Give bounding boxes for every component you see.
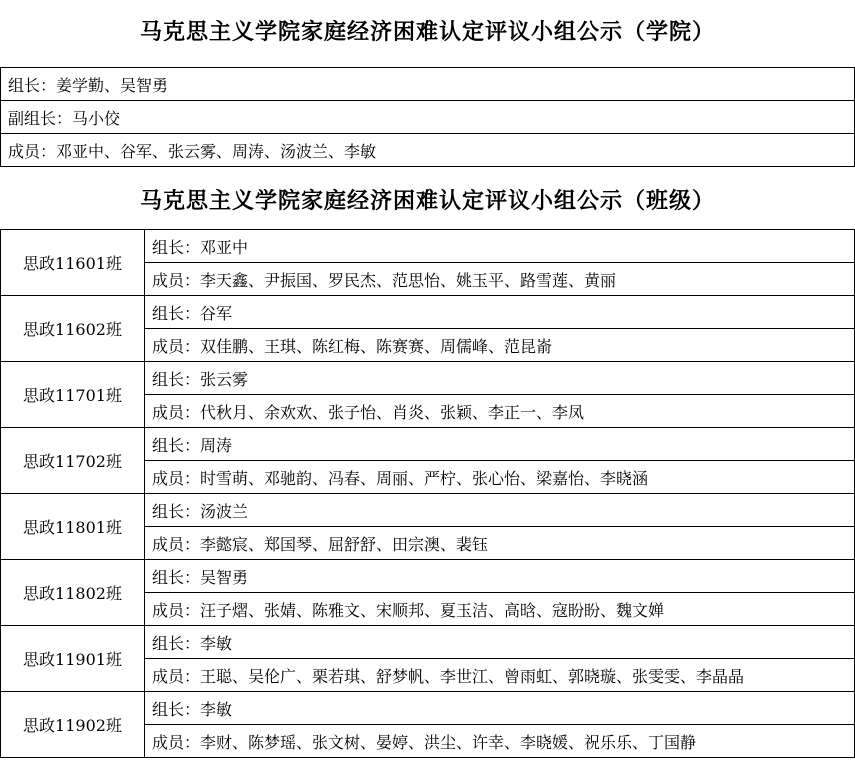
colon-separator: ：	[184, 634, 200, 653]
class-leader-cell: 组长：谷军	[145, 296, 855, 329]
class-leader-cell: 组长：邓亚中	[145, 230, 855, 263]
leader-name: 周涛	[200, 436, 232, 455]
colon-separator: ：	[184, 535, 200, 554]
table-row: 思政11601班 组长：邓亚中	[1, 230, 855, 263]
table-row: 组长：姜学勤、吴智勇	[1, 68, 855, 101]
class-members-cell: 成员：王聪、吴伦广、栗若琪、舒梦帆、李世江、曾雨虹、郭晓璇、张雯雯、李晶晶	[145, 659, 855, 692]
colon-separator: ：	[184, 370, 200, 389]
colon-separator: ：	[184, 337, 200, 356]
class-committee-table: 思政11601班 组长：邓亚中 成员：李天鑫、尹振国、罗民杰、范思怡、姚玉平、路…	[0, 229, 855, 758]
college-deputy-leader-cell: 副组长：马小佼	[1, 101, 855, 134]
role-names: 邓亚中、谷军、张云雾、周涛、汤波兰、李敏	[56, 142, 376, 161]
class-name: 思政11602班	[1, 296, 145, 362]
college-leader-cell: 组长：姜学勤、吴智勇	[1, 68, 855, 101]
role-label: 组长	[8, 76, 40, 95]
college-section-title: 马克思主义学院家庭经济困难认定评议小组公示（学院）	[0, 0, 855, 47]
colon-separator: ：	[184, 502, 200, 521]
class-members-cell: 成员：李天鑫、尹振国、罗民杰、范思怡、姚玉平、路雪莲、黄丽	[145, 263, 855, 296]
class-leader-cell: 组长：吴智勇	[145, 560, 855, 593]
colon-separator: ：	[184, 667, 200, 686]
member-names: 双佳鹏、王琪、陈红梅、陈赛赛、周儒峰、范昆嵛	[200, 337, 552, 356]
role-names: 姜学勤、吴智勇	[56, 76, 168, 95]
class-leader-cell: 组长：周涛	[145, 428, 855, 461]
member-names: 王聪、吴伦广、栗若琪、舒梦帆、李世江、曾雨虹、郭晓璇、张雯雯、李晶晶	[200, 667, 744, 686]
members-label: 成员	[152, 403, 184, 422]
table-row: 思政11701班 组长：张云雾	[1, 362, 855, 395]
college-committee-table: 组长：姜学勤、吴智勇 副组长：马小佼 成员：邓亚中、谷军、张云雾、周涛、汤波兰、…	[0, 67, 855, 167]
leader-name: 吴智勇	[200, 568, 248, 587]
leader-label: 组长	[152, 568, 184, 587]
class-members-cell: 成员：李财、陈梦瑶、张文树、晏婷、洪尘、许幸、李晓媛、祝乐乐、丁国静	[145, 725, 855, 758]
leader-name: 汤波兰	[200, 502, 248, 521]
class-members-cell: 成员：汪子熠、张婧、陈雅文、宋顺邦、夏玉洁、高晗、寇盼盼、魏文婵	[145, 593, 855, 626]
leader-name: 李敏	[200, 700, 232, 719]
leader-label: 组长	[152, 700, 184, 719]
member-names: 李懿宸、郑国琴、屈舒舒、田宗澳、裴钰	[200, 535, 488, 554]
table-row: 副组长：马小佼	[1, 101, 855, 134]
class-name: 思政11801班	[1, 494, 145, 560]
leader-name: 邓亚中	[200, 238, 248, 257]
class-name: 思政11802班	[1, 560, 145, 626]
colon-separator: ：	[184, 469, 200, 488]
leader-name: 张云雾	[200, 370, 248, 389]
class-leader-cell: 组长：李敏	[145, 626, 855, 659]
colon-separator: ：	[184, 403, 200, 422]
colon-separator: ：	[184, 304, 200, 323]
member-names: 代秋月、余欢欢、张子怡、肖炎、张颖、李正一、李凤	[200, 403, 584, 422]
class-leader-cell: 组长：张云雾	[145, 362, 855, 395]
colon-separator: ：	[184, 601, 200, 620]
leader-name: 谷军	[200, 304, 232, 323]
colon-separator: ：	[184, 568, 200, 587]
class-section-title: 马克思主义学院家庭经济困难认定评议小组公示（班级）	[0, 167, 855, 216]
class-leader-cell: 组长：李敏	[145, 692, 855, 725]
leader-label: 组长	[152, 634, 184, 653]
class-name: 思政11601班	[1, 230, 145, 296]
class-members-cell: 成员：双佳鹏、王琪、陈红梅、陈赛赛、周儒峰、范昆嵛	[145, 329, 855, 362]
members-label: 成员	[152, 271, 184, 290]
class-members-cell: 成员：时雪萌、邓驰韵、冯春、周丽、严柠、张心怡、梁嘉怡、李晓涵	[145, 461, 855, 494]
table-row: 成员：邓亚中、谷军、张云雾、周涛、汤波兰、李敏	[1, 134, 855, 167]
member-names: 汪子熠、张婧、陈雅文、宋顺邦、夏玉洁、高晗、寇盼盼、魏文婵	[200, 601, 664, 620]
leader-label: 组长	[152, 304, 184, 323]
members-label: 成员	[152, 469, 184, 488]
role-label: 成员	[8, 142, 40, 161]
table-row: 思政11901班 组长：李敏	[1, 626, 855, 659]
member-names: 李财、陈梦瑶、张文树、晏婷、洪尘、许幸、李晓媛、祝乐乐、丁国静	[200, 733, 696, 752]
leader-label: 组长	[152, 436, 184, 455]
member-names: 时雪萌、邓驰韵、冯春、周丽、严柠、张心怡、梁嘉怡、李晓涵	[200, 469, 648, 488]
college-members-cell: 成员：邓亚中、谷军、张云雾、周涛、汤波兰、李敏	[1, 134, 855, 167]
class-name: 思政11901班	[1, 626, 145, 692]
members-label: 成员	[152, 601, 184, 620]
members-label: 成员	[152, 337, 184, 356]
leader-label: 组长	[152, 370, 184, 389]
table-row: 思政11801班 组长：汤波兰	[1, 494, 855, 527]
table-row: 思政11702班 组长：周涛	[1, 428, 855, 461]
announcement-document: 马克思主义学院家庭经济困难认定评议小组公示（学院） 组长：姜学勤、吴智勇 副组长…	[0, 0, 855, 760]
colon-separator: ：	[184, 271, 200, 290]
colon-separator: ：	[184, 436, 200, 455]
colon-separator: ：	[184, 700, 200, 719]
role-label: 副组长	[8, 109, 56, 128]
members-label: 成员	[152, 667, 184, 686]
member-names: 李天鑫、尹振国、罗民杰、范思怡、姚玉平、路雪莲、黄丽	[200, 271, 616, 290]
class-name: 思政11701班	[1, 362, 145, 428]
table-row: 思政11802班 组长：吴智勇	[1, 560, 855, 593]
table-row: 思政11902班 组长：李敏	[1, 692, 855, 725]
class-members-cell: 成员：代秋月、余欢欢、张子怡、肖炎、张颖、李正一、李凤	[145, 395, 855, 428]
class-leader-cell: 组长：汤波兰	[145, 494, 855, 527]
class-name: 思政11902班	[1, 692, 145, 758]
class-name: 思政11702班	[1, 428, 145, 494]
class-members-cell: 成员：李懿宸、郑国琴、屈舒舒、田宗澳、裴钰	[145, 527, 855, 560]
table-row: 思政11602班 组长：谷军	[1, 296, 855, 329]
colon-separator: ：	[56, 109, 72, 128]
leader-label: 组长	[152, 502, 184, 521]
colon-separator: ：	[184, 238, 200, 257]
leader-name: 李敏	[200, 634, 232, 653]
members-label: 成员	[152, 733, 184, 752]
role-names: 马小佼	[72, 109, 120, 128]
colon-separator: ：	[184, 733, 200, 752]
leader-label: 组长	[152, 238, 184, 257]
colon-separator: ：	[40, 76, 56, 95]
colon-separator: ：	[40, 142, 56, 161]
members-label: 成员	[152, 535, 184, 554]
